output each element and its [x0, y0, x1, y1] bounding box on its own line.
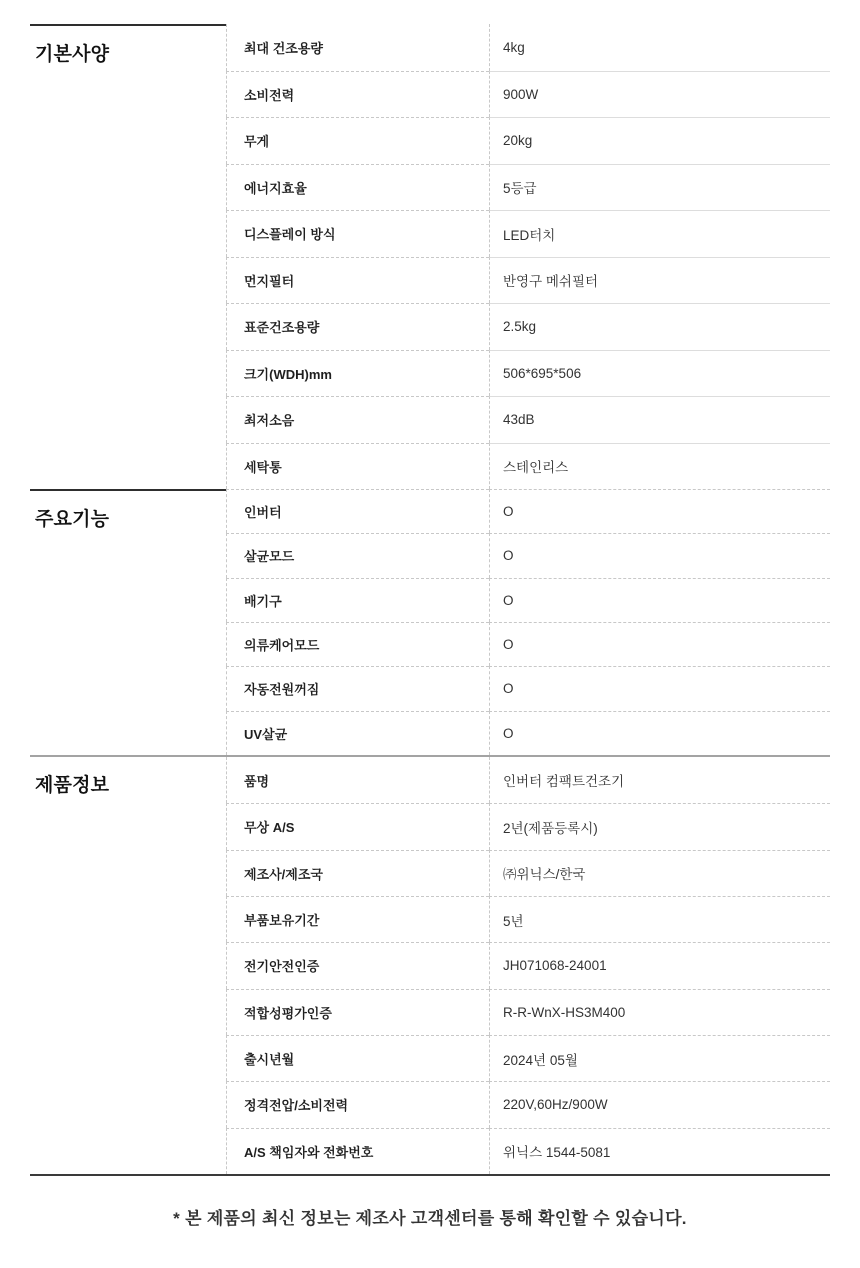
spec-row: 부품보유기간5년	[226, 896, 830, 942]
spec-row: 무상 A/S2년(제품등록시)	[226, 803, 830, 849]
spec-value: O	[489, 533, 830, 577]
section-title: 기본사양	[35, 39, 226, 66]
spec-label: 적합성평가인증	[226, 989, 489, 1035]
spec-row: 제조사/제조국㈜위닉스/한국	[226, 850, 830, 896]
spec-row: 적합성평가인증R-R-WnX-HS3M400	[226, 989, 830, 1035]
spec-label: 디스플레이 방식	[226, 210, 489, 257]
spec-value: 43dB	[489, 396, 830, 443]
footer-note: * 본 제품의 최신 정보는 제조사 고객센터를 통해 확인할 수 있습니다.	[0, 1204, 860, 1229]
spec-row: A/S 책임자와 전화번호위닉스 1544-5081	[226, 1128, 830, 1174]
spec-label: 무게	[226, 117, 489, 164]
spec-value: 반영구 메쉬필터	[489, 257, 830, 304]
spec-value: O	[489, 666, 830, 710]
spec-row: 에너지효율5등급	[226, 164, 830, 211]
spec-label: 출시년월	[226, 1035, 489, 1081]
spec-value: 2024년 05월	[489, 1035, 830, 1081]
spec-label: UV살균	[226, 711, 489, 755]
spec-label: A/S 책임자와 전화번호	[226, 1128, 489, 1174]
spec-label: 인버터	[226, 489, 489, 533]
spec-row: 살균모드O	[226, 533, 830, 577]
spec-label: 세탁통	[226, 443, 489, 490]
spec-row: 소비전력900W	[226, 71, 830, 118]
spec-label: 자동전원꺼짐	[226, 666, 489, 710]
spec-section: 제품정보품명인버터 컴팩트건조기무상 A/S2년(제품등록시)제조사/제조국㈜위…	[30, 755, 830, 1174]
spec-value: 506*695*506	[489, 350, 830, 397]
spec-row: 전기안전인증JH071068-24001	[226, 942, 830, 988]
spec-label: 에너지효율	[226, 164, 489, 211]
section-title: 제품정보	[35, 770, 226, 797]
section-title-cell: 주요기능	[30, 489, 226, 755]
spec-rows: 최대 건조용량4kg소비전력900W무게20kg에너지효율5등급디스플레이 방식…	[226, 24, 830, 489]
spec-value: 2.5kg	[489, 303, 830, 350]
spec-label: 최저소음	[226, 396, 489, 443]
spec-row: 자동전원꺼짐O	[226, 666, 830, 710]
spec-value: R-R-WnX-HS3M400	[489, 989, 830, 1035]
spec-label: 소비전력	[226, 71, 489, 118]
spec-label: 의류케어모드	[226, 622, 489, 666]
spec-row: 최대 건조용량4kg	[226, 24, 830, 71]
spec-value: 900W	[489, 71, 830, 118]
spec-row: 의류케어모드O	[226, 622, 830, 666]
section-title-cell: 제품정보	[30, 757, 226, 1174]
spec-row: 정격전압/소비전력220V,60Hz/900W	[226, 1081, 830, 1127]
spec-value: O	[489, 622, 830, 666]
spec-row: 세탁통스테인리스	[226, 443, 830, 490]
spec-value: 스테인리스	[489, 443, 830, 490]
spec-value: 5등급	[489, 164, 830, 211]
spec-label: 정격전압/소비전력	[226, 1081, 489, 1127]
spec-value: ㈜위닉스/한국	[489, 850, 830, 896]
section-title-cell: 기본사양	[30, 24, 226, 489]
spec-label: 살균모드	[226, 533, 489, 577]
spec-section: 기본사양최대 건조용량4kg소비전력900W무게20kg에너지효율5등급디스플레…	[30, 24, 830, 489]
spec-section: 주요기능인버터O살균모드O배기구O의류케어모드O자동전원꺼짐OUV살균O	[30, 489, 830, 755]
spec-label: 표준건조용량	[226, 303, 489, 350]
spec-label: 먼지필터	[226, 257, 489, 304]
spec-label: 무상 A/S	[226, 803, 489, 849]
spec-row: 디스플레이 방식LED터치	[226, 210, 830, 257]
spec-row: 출시년월2024년 05월	[226, 1035, 830, 1081]
spec-rows: 품명인버터 컴팩트건조기무상 A/S2년(제품등록시)제조사/제조국㈜위닉스/한…	[226, 757, 830, 1174]
spec-value: 위닉스 1544-5081	[489, 1128, 830, 1174]
spec-row: 무게20kg	[226, 117, 830, 164]
product-spec-page: 기본사양최대 건조용량4kg소비전력900W무게20kg에너지효율5등급디스플레…	[0, 0, 860, 1268]
spec-label: 크기(WDH)mm	[226, 350, 489, 397]
spec-row: 최저소음43dB	[226, 396, 830, 443]
section-title: 주요기능	[35, 504, 226, 531]
spec-row: 인버터O	[226, 489, 830, 533]
spec-row: 먼지필터반영구 메쉬필터	[226, 257, 830, 304]
spec-label: 제조사/제조국	[226, 850, 489, 896]
spec-table: 기본사양최대 건조용량4kg소비전력900W무게20kg에너지효율5등급디스플레…	[30, 24, 830, 1176]
spec-label: 배기구	[226, 578, 489, 622]
spec-value: 5년	[489, 896, 830, 942]
spec-row: 품명인버터 컴팩트건조기	[226, 757, 830, 803]
spec-row: 크기(WDH)mm506*695*506	[226, 350, 830, 397]
spec-label: 품명	[226, 757, 489, 803]
spec-value: 4kg	[489, 24, 830, 71]
spec-value: JH071068-24001	[489, 942, 830, 988]
spec-row: 표준건조용량2.5kg	[226, 303, 830, 350]
spec-label: 전기안전인증	[226, 942, 489, 988]
spec-value: O	[489, 711, 830, 755]
spec-value: O	[489, 489, 830, 533]
spec-value: 220V,60Hz/900W	[489, 1081, 830, 1127]
spec-row: UV살균O	[226, 711, 830, 755]
spec-value: 20kg	[489, 117, 830, 164]
spec-label: 최대 건조용량	[226, 24, 489, 71]
spec-rows: 인버터O살균모드O배기구O의류케어모드O자동전원꺼짐OUV살균O	[226, 489, 830, 755]
spec-label: 부품보유기간	[226, 896, 489, 942]
spec-value: LED터치	[489, 210, 830, 257]
spec-value: 2년(제품등록시)	[489, 803, 830, 849]
spec-value: 인버터 컴팩트건조기	[489, 757, 830, 803]
spec-value: O	[489, 578, 830, 622]
spec-row: 배기구O	[226, 578, 830, 622]
